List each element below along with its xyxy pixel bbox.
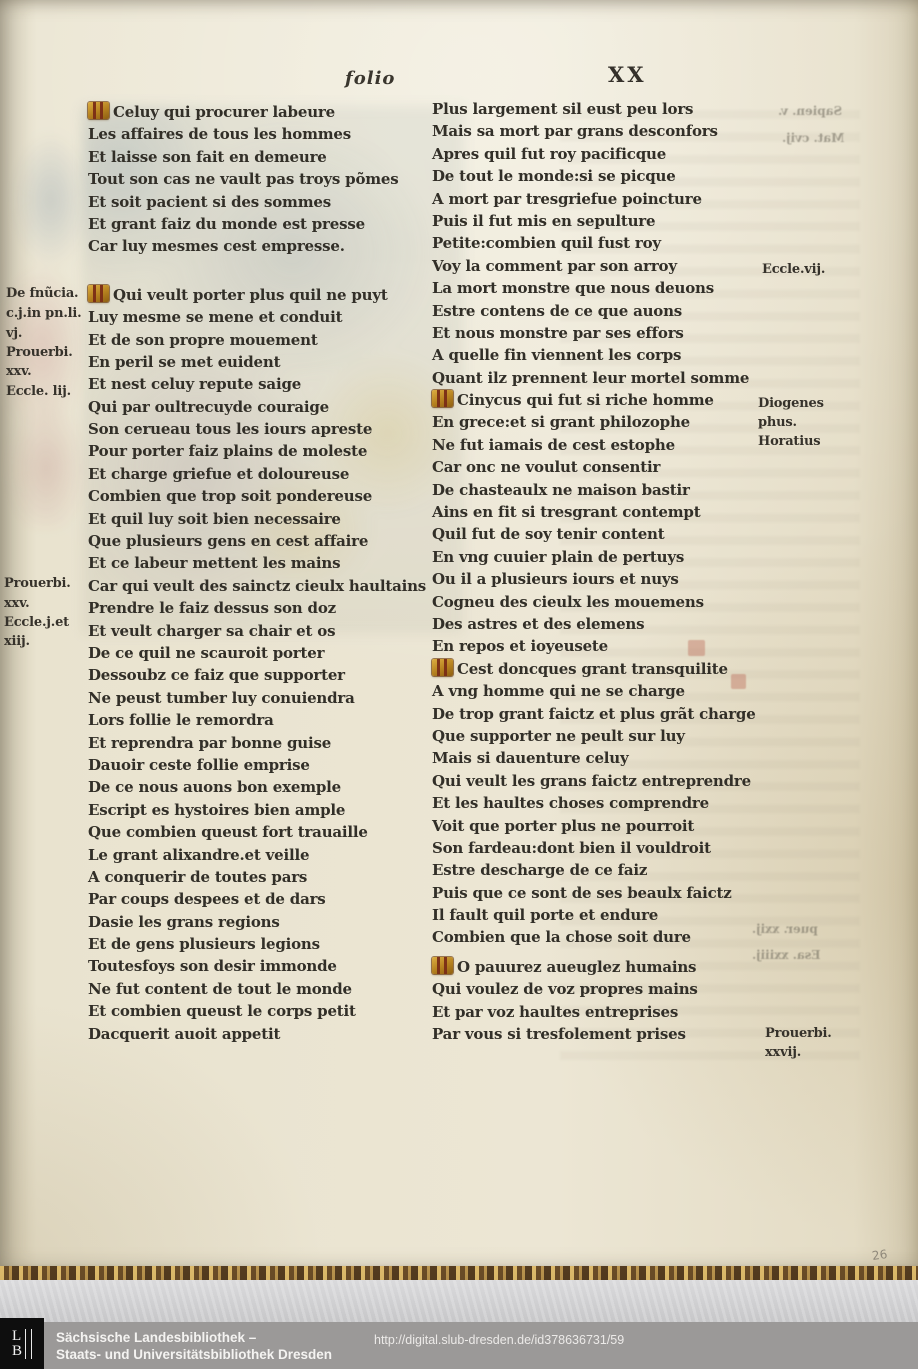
stanza: Qui veult porter plus quil ne puytLuy me…	[88, 284, 468, 1045]
verse-text: Luy mesme se mene et conduit	[88, 308, 342, 326]
verse-line: De chasteaulx ne maison bastir	[432, 479, 792, 501]
verse-line: En peril se met euident	[88, 351, 468, 373]
verse-text: Il fault quil porte et endure	[432, 906, 658, 924]
verse-line: Son fardeau:dont bien il vouldroit	[432, 837, 792, 859]
folio-number: XX	[608, 62, 647, 87]
verse-line: Tout son cas ne vault pas troys põmes	[88, 168, 468, 190]
stanza: Cinycus qui fut si riche hommeEn grece:e…	[432, 389, 792, 658]
verse-line: Apres quil fut roy pacificque	[432, 143, 792, 165]
verse-line: Prendre le faiz dessus son doz	[88, 597, 468, 619]
margin-note: vj.	[6, 326, 22, 341]
verse-line: Dacquerit auoit appetit	[88, 1023, 468, 1045]
verse-text: Combien que la chose soit dure	[432, 928, 691, 946]
verse-text: Et nest celuy repute saige	[88, 375, 301, 393]
verse-text: Et grant faiz du monde est presse	[88, 215, 365, 233]
verse-line: Et veult charger sa chair et os	[88, 620, 468, 642]
verse-text: Car luy mesmes cest empresse.	[88, 237, 345, 255]
verse-line: Car luy mesmes cest empresse.	[88, 235, 468, 257]
verse-text: Petite:combien quil fust roy	[432, 234, 661, 252]
verse-text: En vng cuuier plain de pertuys	[432, 548, 684, 566]
verse-line: Cogneu des cieulx les mouemens	[432, 591, 792, 613]
verse-text: A mort par tresgriefue poincture	[432, 190, 702, 208]
verse-line: En repos et ioyeusete	[432, 635, 792, 657]
verse-line: Il fault quil porte et endure	[432, 904, 792, 926]
verse-line: Et charge griefue et doloureuse	[88, 463, 468, 485]
verse-line: Et ce labeur mettent les mains	[88, 552, 468, 574]
verse-text: Dasie les grans regions	[88, 913, 280, 931]
verse-line: Ne fut iamais de cest estophe	[432, 434, 792, 456]
verse-line: Et quil luy soit bien necessaire	[88, 508, 468, 530]
verse-line: Estre descharge de ce faiz	[432, 859, 792, 881]
verse-text: En grece:et si grant philozophe	[432, 413, 690, 431]
verse-line: Voit que porter plus ne pourroit	[432, 815, 792, 837]
verse-line: Par coups despees et de dars	[88, 888, 468, 910]
verse-text: Par coups despees et de dars	[88, 890, 326, 908]
verse-text: De trop grant faictz et plus grãt charge	[432, 705, 756, 723]
verse-line: Le grant alixandre.et veille	[88, 844, 468, 866]
verse-text: Et de gens plusieurs legions	[88, 935, 320, 953]
margin-note: De fnũcia.	[6, 286, 78, 301]
verse-text: Qui veult porter plus quil ne puyt	[113, 286, 388, 304]
verse-line: Et grant faiz du monde est presse	[88, 213, 468, 235]
verse-line: Et nous monstre par ses effors	[432, 322, 792, 344]
verse-text: Et veult charger sa chair et os	[88, 622, 335, 640]
margin-note: Diogenes	[758, 396, 824, 411]
verse-line: Mais si dauenture celuy	[432, 747, 792, 769]
verse-text: Et ce labeur mettent les mains	[88, 554, 340, 572]
logo-letter-l: L	[12, 1329, 22, 1344]
verse-line: Car onc ne voulut consentir	[432, 456, 792, 478]
verse-text: Estre contens de ce que auons	[432, 302, 682, 320]
folio-label: folio	[345, 68, 395, 89]
verse-text: A conquerir de toutes pars	[88, 868, 307, 886]
source-url: http://digital.slub-dresden.de/id3786367…	[374, 1333, 624, 1347]
verse-text: Et combien queust le corps petit	[88, 1002, 356, 1020]
verse-text: Celuy qui procurer labeure	[113, 103, 335, 121]
verse-line: Que combien queust fort trauaille	[88, 821, 468, 843]
verse-text: De tout le monde:si se picque	[432, 167, 676, 185]
verse-text: De ce nous auons bon exemple	[88, 778, 341, 796]
verse-line: Que supporter ne peult sur luy	[432, 725, 792, 747]
verse-line: Qui voulez de voz propres mains	[432, 978, 792, 1000]
gold-pilcrow-icon	[88, 102, 109, 119]
verse-line: Luy mesme se mene et conduit	[88, 306, 468, 328]
gold-pilcrow-icon	[432, 659, 453, 676]
verse-text: Puis il fut mis en sepulture	[432, 212, 655, 230]
library-footer-bar: L B Sächsische Landesbibliothek – Staats…	[0, 1322, 918, 1369]
verse-text: Cinycus qui fut si riche homme	[457, 391, 714, 409]
verse-text: Mais sa mort par grans desconfors	[432, 122, 718, 140]
digitized-manuscript-page: folio XX Celuy qui procurer labeureLes a…	[0, 0, 918, 1369]
margin-note: Eccle. lij.	[6, 384, 71, 399]
verse-text: Cest doncques grant transquilite	[457, 660, 728, 678]
verse-line: Ne fut content de tout le monde	[88, 978, 468, 1000]
verse-line: Toutesfoys son desir immonde	[88, 955, 468, 977]
verse-line: Dauoir ceste follie emprise	[88, 754, 468, 776]
pencil-page-mark: 26	[871, 1247, 888, 1263]
verse-line: Et soit pacient si des sommes	[88, 191, 468, 213]
gilded-book-edge	[0, 1266, 918, 1280]
verse-line: Ne peust tumber luy conuiendra	[88, 687, 468, 709]
verse-line: Ains en fit si tresgrant contempt	[432, 501, 792, 523]
verse-line: Petite:combien quil fust roy	[432, 232, 792, 254]
verse-line: Et reprendra par bonne guise	[88, 732, 468, 754]
stanza: Plus largement sil eust peu lorsMais sa …	[432, 98, 792, 389]
verse-text: A vng homme qui ne se charge	[432, 682, 685, 700]
verse-text: Dessoubz ce faiz que supporter	[88, 666, 345, 684]
verse-line: Quil fut de soy tenir content	[432, 523, 792, 545]
background-fabric	[0, 1280, 918, 1322]
verse-text: Qui voulez de voz propres mains	[432, 980, 698, 998]
verse-line: Et par voz haultes entreprises	[432, 1001, 792, 1023]
verse-text: Et les haultes choses comprendre	[432, 794, 709, 812]
verse-line: A mort par tresgriefue poincture	[432, 188, 792, 210]
verse-line: Les affaires de tous les hommes	[88, 123, 468, 145]
verse-text: Qui par oultrecuyde couraige	[88, 398, 329, 416]
logo-letter-b: B	[12, 1344, 22, 1359]
verse-line: Et les haultes choses comprendre	[432, 792, 792, 814]
verse-line: Et combien queust le corps petit	[88, 1000, 468, 1022]
stanza: O pauurez aueuglez humainsQui voulez de …	[432, 956, 792, 1046]
bleedthrough-note: Esa. xxiiij.	[752, 948, 821, 962]
verse-text: Ne peust tumber luy conuiendra	[88, 689, 355, 707]
library-name-line1: Sächsische Landesbibliothek –	[56, 1329, 332, 1346]
verse-text: Les affaires de tous les hommes	[88, 125, 351, 143]
verse-text: Des astres et des elemens	[432, 615, 644, 633]
verse-text: Et quil luy soit bien necessaire	[88, 510, 341, 528]
verse-line: Dessoubz ce faiz que supporter	[88, 664, 468, 686]
verse-text: Ains en fit si tresgrant contempt	[432, 503, 700, 521]
verse-line: Quant ilz prennent leur mortel somme	[432, 367, 792, 389]
verse-line: Escript es hystoires bien ample	[88, 799, 468, 821]
verse-line: De tout le monde:si se picque	[432, 165, 792, 187]
margin-note: c.j.in pn.li.	[6, 306, 81, 321]
margin-note: phus.	[758, 415, 797, 430]
library-name: Sächsische Landesbibliothek – Staats- un…	[56, 1329, 332, 1363]
verse-text: Et reprendra par bonne guise	[88, 734, 331, 752]
verse-text: Combien que trop soit pondereuse	[88, 487, 372, 505]
margin-note: Horatius	[758, 434, 820, 449]
gold-pilcrow-icon	[432, 390, 453, 407]
verse-text: Que supporter ne peult sur luy	[432, 727, 685, 745]
gold-pilcrow-icon	[432, 957, 453, 974]
verse-text: Et charge griefue et doloureuse	[88, 465, 349, 483]
verse-text: Apres quil fut roy pacificque	[432, 145, 666, 163]
verse-text: A quelle fin viennent les corps	[432, 346, 681, 364]
verse-text: Son cerueau tous les iours apreste	[88, 420, 372, 438]
verse-text: La mort monstre que nous deuons	[432, 279, 714, 297]
verse-text: Dauoir ceste follie emprise	[88, 756, 310, 774]
verse-line: Qui veult porter plus quil ne puyt	[88, 284, 468, 306]
verse-line: Combien que la chose soit dure	[432, 926, 792, 948]
margin-note: xiij.	[4, 634, 30, 649]
verse-text: Que combien queust fort trauaille	[88, 823, 368, 841]
verse-text: Ne fut iamais de cest estophe	[432, 436, 675, 454]
verse-line: De trop grant faictz et plus grãt charge	[432, 703, 792, 725]
verse-line: Voy la comment par son arroy	[432, 255, 792, 277]
verse-text: Et nous monstre par ses effors	[432, 324, 684, 342]
margin-note: Prouerbi.	[4, 576, 71, 591]
verse-text: Car onc ne voulut consentir	[432, 458, 660, 476]
verse-line: De ce quil ne scauroit porter	[88, 642, 468, 664]
verse-text: Que plusieurs gens en cest affaire	[88, 532, 368, 550]
verse-text: En peril se met euident	[88, 353, 280, 371]
verse-text: Voit que porter plus ne pourroit	[432, 817, 694, 835]
verse-line: Puis il fut mis en sepulture	[432, 210, 792, 232]
verse-line: Mais sa mort par grans desconfors	[432, 120, 792, 142]
verse-line: A quelle fin viennent les corps	[432, 344, 792, 366]
verse-text: Estre descharge de ce faiz	[432, 861, 647, 879]
verse-line: Combien que trop soit pondereuse	[88, 485, 468, 507]
verse-text: Et de son propre mouement	[88, 331, 318, 349]
margin-note: Eccle.vij.	[762, 262, 825, 277]
verse-line: Car qui veult des sainctz cieulx haultai…	[88, 575, 468, 597]
verse-line: Qui par oultrecuyde couraige	[88, 396, 468, 418]
verse-text: Escript es hystoires bien ample	[88, 801, 345, 819]
stanza: Celuy qui procurer labeureLes affaires d…	[88, 101, 468, 258]
verse-text: Toutesfoys son desir immonde	[88, 957, 337, 975]
verse-line: Des astres et des elemens	[432, 613, 792, 635]
verse-line: Celuy qui procurer labeure	[88, 101, 468, 123]
verse-line: Et de gens plusieurs legions	[88, 933, 468, 955]
verse-text: Qui veult les grans faictz entreprendre	[432, 772, 751, 790]
verse-text: En repos et ioyeusete	[432, 637, 608, 655]
verse-text: Ne fut content de tout le monde	[88, 980, 352, 998]
verse-text: Tout son cas ne vault pas troys põmes	[88, 170, 399, 188]
verse-text: O pauurez aueuglez humains	[457, 958, 696, 976]
verse-line: Que plusieurs gens en cest affaire	[88, 530, 468, 552]
right-text-column: Plus largement sil eust peu lorsMais sa …	[432, 98, 792, 1045]
verse-line: Puis que ce sont de ses beaulx faictz	[432, 882, 792, 904]
verse-text: Le grant alixandre.et veille	[88, 846, 309, 864]
verse-line: Dasie les grans regions	[88, 911, 468, 933]
verse-text: Quant ilz prennent leur mortel somme	[432, 369, 749, 387]
verse-text: Plus largement sil eust peu lors	[432, 100, 693, 118]
verse-text: Puis que ce sont de ses beaulx faictz	[432, 884, 732, 902]
verse-line: En vng cuuier plain de pertuys	[432, 546, 792, 568]
verse-text: Voy la comment par son arroy	[432, 257, 677, 275]
verse-line: Son cerueau tous les iours apreste	[88, 418, 468, 440]
verse-text: Et soit pacient si des sommes	[88, 193, 331, 211]
verse-line: Qui veult les grans faictz entreprendre	[432, 770, 792, 792]
margin-note: xxvij.	[765, 1045, 801, 1060]
margin-note: Prouerbi.	[6, 345, 73, 360]
verse-text: Pour porter faiz plains de moleste	[88, 442, 367, 460]
gold-pilcrow-icon	[88, 285, 109, 302]
verse-text: De chasteaulx ne maison bastir	[432, 481, 690, 499]
verse-text: Et laisse son fait en demeure	[88, 148, 327, 166]
verse-text: Dacquerit auoit appetit	[88, 1025, 280, 1043]
slub-logo: L B	[0, 1318, 44, 1369]
bleedthrough-note: Sapien. v.	[778, 104, 842, 118]
verse-line: Lors follie le remordra	[88, 709, 468, 731]
margin-note: Eccle.j.et	[4, 615, 69, 630]
verse-line: Pour porter faiz plains de moleste	[88, 440, 468, 462]
stanza: Cest doncques grant transquiliteA vng ho…	[432, 658, 792, 949]
verse-line: De ce nous auons bon exemple	[88, 776, 468, 798]
verse-text: Cogneu des cieulx les mouemens	[432, 593, 704, 611]
verse-line: En grece:et si grant philozophe	[432, 411, 792, 433]
margin-note: xxv.	[6, 364, 31, 379]
verse-text: Car qui veult des sainctz cieulx haultai…	[88, 577, 426, 595]
verse-text: Mais si dauenture celuy	[432, 749, 629, 767]
verse-line: O pauurez aueuglez humains	[432, 956, 792, 978]
verse-text: De ce quil ne scauroit porter	[88, 644, 324, 662]
verse-text: Lors follie le remordra	[88, 711, 274, 729]
verse-line: Cest doncques grant transquilite	[432, 658, 792, 680]
book-page: folio XX Celuy qui procurer labeureLes a…	[0, 0, 918, 1266]
verse-text: Par vous si tresfolement prises	[432, 1025, 686, 1043]
verse-line: A conquerir de toutes pars	[88, 866, 468, 888]
verse-line: Ou il a plusieurs iours et nuys	[432, 568, 792, 590]
verse-text: Et par voz haultes entreprises	[432, 1003, 678, 1021]
verse-text: Ou il a plusieurs iours et nuys	[432, 570, 679, 588]
verse-line: Par vous si tresfolement prises	[432, 1023, 792, 1045]
verse-line: Et nest celuy repute saige	[88, 373, 468, 395]
verse-line: Estre contens de ce que auons	[432, 300, 792, 322]
bleedthrough-note: Mat. cvij.	[782, 131, 844, 145]
margin-note: Prouerbi.	[765, 1026, 832, 1041]
verse-text: Son fardeau:dont bien il vouldroit	[432, 839, 711, 857]
verse-text: Prendre le faiz dessus son doz	[88, 599, 336, 617]
verse-text: Quil fut de soy tenir content	[432, 525, 665, 543]
bleedthrough-note: puer. xxij.	[752, 922, 818, 936]
verse-line: A vng homme qui ne se charge	[432, 680, 792, 702]
verse-line: Plus largement sil eust peu lors	[432, 98, 792, 120]
margin-note: xxv.	[4, 596, 29, 611]
verse-line: Et de son propre mouement	[88, 329, 468, 351]
left-text-column: Celuy qui procurer labeureLes affaires d…	[88, 101, 468, 1045]
logo-double-bar	[25, 1329, 32, 1359]
verse-line: Cinycus qui fut si riche homme	[432, 389, 792, 411]
verse-line: La mort monstre que nous deuons	[432, 277, 792, 299]
library-name-line2: Staats- und Universitätsbibliothek Dresd…	[56, 1346, 332, 1363]
verse-line: Et laisse son fait en demeure	[88, 146, 468, 168]
